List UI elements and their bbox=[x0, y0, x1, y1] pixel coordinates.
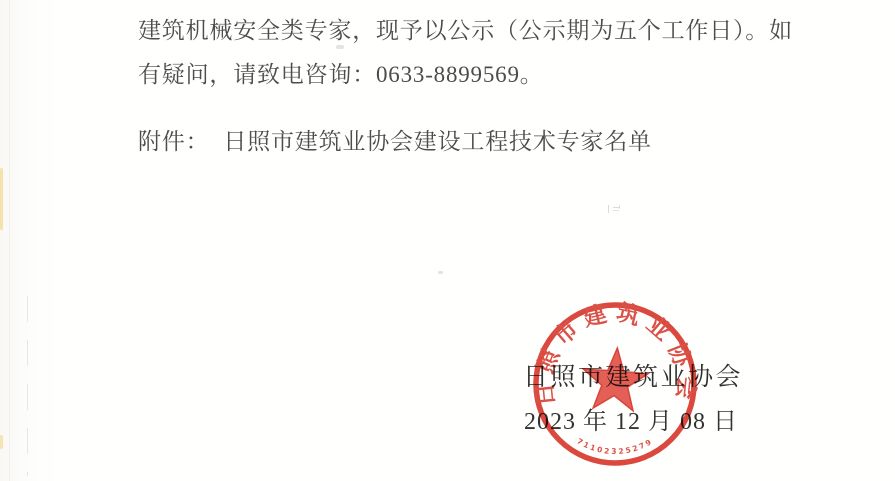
scan-edge-line bbox=[9, 0, 10, 481]
scan-edge-sliver bbox=[0, 435, 3, 449]
signature-organization: 日照市建筑业协会 bbox=[523, 357, 743, 393]
attachment-title: 日照市建筑业协会建设工程技术专家名单 bbox=[223, 129, 651, 154]
scan-smudge bbox=[336, 45, 344, 49]
body-text-line-2: 有疑问，请致电咨询：0633-8899569。 bbox=[138, 56, 838, 89]
signature-date: 2023 年 12 月 08 日 bbox=[524, 401, 738, 436]
scan-smudge bbox=[438, 271, 443, 274]
document-page: 建筑机械安全类专家，现予以公示（公示期为五个工作日）。如 有疑问，请致电咨询：0… bbox=[0, 0, 895, 481]
scan-fold-line bbox=[27, 296, 28, 476]
attachment-line: 附件：日照市建筑业协会建设工程技术专家名单 bbox=[138, 123, 838, 156]
body-text-line-1: 建筑机械安全类专家，现予以公示（公示期为五个工作日）。如 bbox=[138, 12, 838, 45]
scan-edge-sliver bbox=[0, 168, 3, 230]
scan-smudge bbox=[607, 204, 623, 215]
attachment-label: 附件： bbox=[138, 129, 209, 154]
